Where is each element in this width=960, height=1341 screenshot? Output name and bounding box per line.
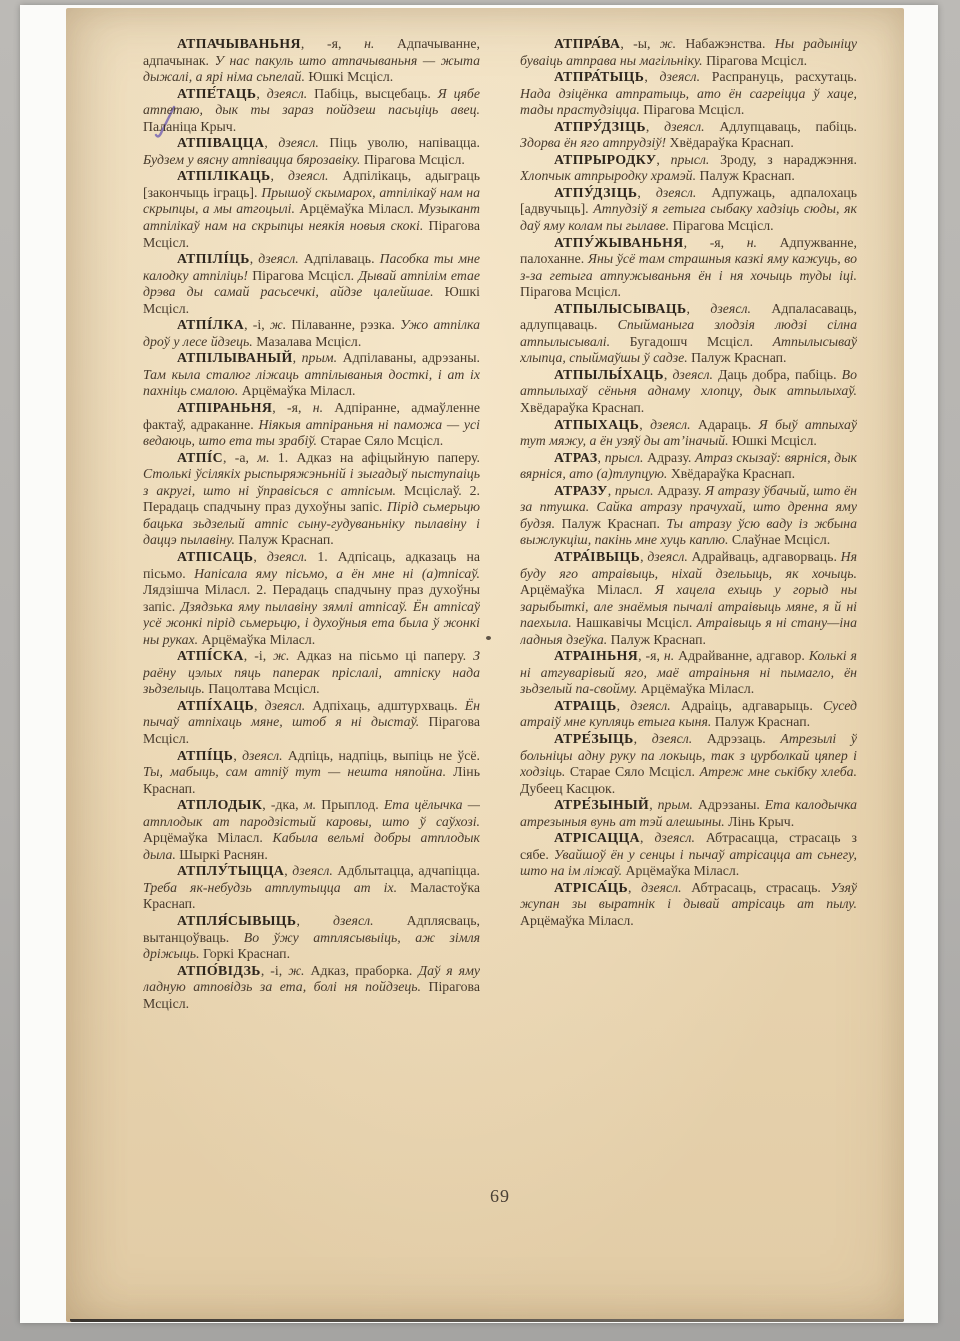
plain-text: Распрануць, расхутаць. xyxy=(700,69,857,84)
plain-text: Лінь Крыч. xyxy=(725,814,795,829)
italic-text: Хлопчык атпрыродку храмэй. xyxy=(520,168,696,183)
italic-text: дзеясл. xyxy=(664,119,705,134)
plain-text: Адрэзаць. xyxy=(692,731,780,746)
headword: АТПІ́ЦЬ xyxy=(177,748,233,763)
italic-text: ж. xyxy=(270,317,286,332)
plain-text: Арцёмаўка Міласл. xyxy=(238,383,355,398)
plain-text: Адказ, праборка. xyxy=(305,963,419,978)
plain-text: , -і, xyxy=(261,963,288,978)
dictionary-entry: АТРАЗУ, прысл. Адразу. Я атразу ўбачый, … xyxy=(520,483,857,549)
headword: АТПУ́ДЗІЦЬ xyxy=(554,185,637,200)
italic-text: дзеясл. xyxy=(647,549,688,564)
plain-text: , -а, xyxy=(223,450,257,465)
italic-text: дзеясл. xyxy=(278,135,319,150)
dictionary-entry: АТПЫЛЫ́ХАЦЬ, дзеясл. Даць добра, пабіць.… xyxy=(520,367,857,417)
headword: АТРАІЦЬ xyxy=(554,698,617,713)
headword: АТПЛЯ́СЫВЫЦЬ xyxy=(177,913,296,928)
plain-text: Хвёдараўка Краснап. xyxy=(667,466,795,481)
plain-text: Адрайванне, адгавор. xyxy=(674,648,809,663)
headword: АТПЫЛЫ́ХАЦЬ xyxy=(554,367,664,382)
dictionary-entry: АТПРА́ТЫЦЬ, дзеясл. Распрануць, расхутац… xyxy=(520,69,857,119)
plain-text: Пілаванне, рэзка. xyxy=(286,317,400,332)
dictionary-entry: АТРІСА́ЦЬ, дзеясл. Абтрасаць, страсаць. … xyxy=(520,880,857,930)
italic-text: дзеясл. xyxy=(656,185,697,200)
plain-text: Пірагова Мсцісл. xyxy=(248,268,358,283)
italic-text: Треба як-небудзь атплутыцца ат іх. xyxy=(143,880,397,895)
plain-text: Арцёмаўка Міласл. xyxy=(520,913,634,928)
dictionary-entry: АТПІ́ЦЬ, дзеясл. Адпіць, надпіць, выпіць… xyxy=(143,748,480,798)
ink-spot xyxy=(486,636,491,640)
italic-text: дзеясл. xyxy=(630,698,671,713)
plain-text: , xyxy=(640,830,654,845)
plain-text: Пірагова Мсцісл. xyxy=(669,218,773,233)
plain-text: , -ы, xyxy=(620,36,659,51)
plain-text: Палуж Краснап. xyxy=(711,714,810,729)
dictionary-entry: АТПІ́С, -а, м. 1. Адказ на афіцыйную пап… xyxy=(143,450,480,549)
italic-text: прысл. xyxy=(605,450,644,465)
plain-text: Адразу. xyxy=(654,483,705,498)
plain-text: Набажэнства. xyxy=(676,36,775,51)
plain-text: Адараць. xyxy=(691,417,759,432)
headword: АТПІРАНЬНЯ xyxy=(177,400,272,415)
plain-text: Пабіць, высцебаць. xyxy=(307,86,437,101)
plain-text: Бугадошч Мсцісл. xyxy=(610,334,773,349)
plain-text: , -дка, xyxy=(262,797,304,812)
plain-text: Адказ на пісьмо ці паперу. xyxy=(289,648,473,663)
italic-text: дзеясл. xyxy=(265,698,306,713)
plain-text: Арцёмаўка Міласл. xyxy=(295,201,418,216)
plain-text: , xyxy=(256,86,266,101)
dictionary-entry: АТПІРАНЬНЯ, -я, н. Адпіранне, адмаўленне… xyxy=(143,400,480,450)
plain-text: Дубеец Касцюк. xyxy=(520,781,615,796)
plain-text: , xyxy=(644,69,659,84)
plain-text: Палуж Краснап. xyxy=(555,516,666,531)
italic-text: ж. xyxy=(273,648,289,663)
plain-text: Піць уволю, напівацца. xyxy=(319,135,480,150)
plain-text: , xyxy=(634,731,652,746)
headword: АТПРА́ВА xyxy=(554,36,620,51)
dictionary-entry: АТПЛУ́ТЫЦЦА, дзеясл. Адблытацца, адчапіц… xyxy=(143,863,480,913)
italic-text: дзеясл. xyxy=(710,301,751,316)
book-page: АТПАЧЫВАНЬНЯ, -я, н. Адпачыванне, адпачы… xyxy=(66,8,904,1322)
plain-text: Шыркі Раснян. xyxy=(176,847,268,862)
plain-text: Адразу. xyxy=(643,450,695,465)
italic-text: дзеясл. xyxy=(333,913,374,928)
plain-text: , xyxy=(293,350,302,365)
plain-text: Слаўнае Мсцісл. xyxy=(728,532,830,547)
dictionary-entry: АТПІЛІ́ЦЬ, дзеясл. Адпілаваць. Пасобка т… xyxy=(143,251,480,317)
plain-text: , xyxy=(649,797,657,812)
headword: АТПРА́ТЫЦЬ xyxy=(554,69,644,84)
plain-text: , xyxy=(646,119,664,134)
dictionary-entry: АТПЛЯ́СЫВЫЦЬ, дзеясл. Адплясваць, вытанц… xyxy=(143,913,480,963)
headword: АТРЕ́ЗЫНЫЙ xyxy=(554,797,649,812)
italic-text: н. xyxy=(313,400,323,415)
italic-text: м. xyxy=(257,450,269,465)
plain-text: Палуж Краснап. xyxy=(688,350,787,365)
dictionary-entry: АТПІ́СКА, -і, ж. Адказ на пісьмо ці папе… xyxy=(143,648,480,698)
dictionary-entry: АТРІСАЦЦА, дзеясл. Абтрасацца, страсаць … xyxy=(520,830,857,880)
dictionary-entry: АТПРЫРОДКУ, прысл. Зроду, з нараджэння. … xyxy=(520,152,857,185)
plain-text: Адблытацца, адчапіцца. xyxy=(333,863,480,878)
dictionary-entry: АТПІСАЦЬ, дзеясл. 1. Адпісаць, адказаць … xyxy=(143,549,480,648)
plain-text: Адпілаваны, адрэзаны. xyxy=(337,350,480,365)
italic-text: Здорва ён яго атпрудзіў! xyxy=(520,135,666,150)
plain-text: Арцёмаўка Міласл. xyxy=(198,632,315,647)
dictionary-entry: АТПРУ́ДЗІЦЬ, дзеясл. Адлупцаваць, пабіць… xyxy=(520,119,857,152)
plain-text: Адлупцаваць, пабіць. xyxy=(705,119,857,134)
page-bottom-edge xyxy=(70,1319,904,1322)
plain-text: Хвёдараўка Краснап. xyxy=(520,400,644,415)
plain-text: Адраіць, адгаварыць. xyxy=(671,698,823,713)
plain-text: Арцёмаўка Міласл. xyxy=(622,863,739,878)
plain-text: Адпіць, надпіць, выпіць не ўсё. xyxy=(283,748,480,763)
plain-text: , xyxy=(628,880,641,895)
headword: АТРЕ́ЗЫЦЬ xyxy=(554,731,634,746)
italic-text: Атреж мне ськібку хлеба. xyxy=(700,764,857,779)
plain-text: , xyxy=(598,450,605,465)
plain-text: , xyxy=(608,483,615,498)
plain-text: , -і, xyxy=(244,317,270,332)
headword: АТРАЗ xyxy=(554,450,598,465)
plain-text: , -я, xyxy=(638,648,664,663)
headword: АТПУ́ЖЫВАНЬНЯ xyxy=(554,235,684,250)
italic-text: дзеясл. xyxy=(242,748,283,763)
dictionary-entry: АТПЫЛЫСЫВАЦЬ, дзеясл. Адпаласаваць, адлу… xyxy=(520,301,857,367)
dictionary-entry: АТПАЧЫВАНЬНЯ, -я, н. Адпачыванне, адпачы… xyxy=(143,36,480,86)
plain-text: Арцёмаўка Міласл. xyxy=(637,681,754,696)
plain-text: Адрайваць, адгаворваць. xyxy=(688,549,841,564)
plain-text: 1. Адказ на афіцыйную паперу. xyxy=(270,450,480,465)
headword: АТПІЛІ́ЦЬ xyxy=(177,251,250,266)
plain-text: Пірагова Мсцісл. xyxy=(703,53,807,68)
plain-text: Пірагова Мсцісл. xyxy=(640,102,744,117)
dictionary-entry: АТПУ́ДЗІЦЬ, дзеясл. Адпужаць, адпалохаць… xyxy=(520,185,857,235)
italic-text: дзеясл. xyxy=(650,417,691,432)
dictionary-entry: АТПІ́ЛКА, -і, ж. Пілаванне, рэзка. Ужо а… xyxy=(143,317,480,350)
plain-text: Пацолтава Мсцісл. xyxy=(205,681,320,696)
plain-text: Палуж Краснап. xyxy=(696,168,795,183)
dictionary-entry: АТПЫХАЦЬ, дзеясл. Адараць. Я быў атпыхаў… xyxy=(520,417,857,450)
headword: АТПІ́ХАЦЬ xyxy=(177,698,254,713)
headword: АТПРУ́ДЗІЦЬ xyxy=(554,119,646,134)
plain-text: , -я, xyxy=(301,36,364,51)
italic-text: ж. xyxy=(288,963,304,978)
plain-text: Прыплод. xyxy=(316,797,384,812)
italic-text: дзеясл. xyxy=(654,830,695,845)
dictionary-entry: АТПРА́ВА, -ы, ж. Набажэнства. Ны радыніц… xyxy=(520,36,857,69)
italic-text: дзеясл. xyxy=(652,731,693,746)
headword: АТПІ́С xyxy=(177,450,223,465)
dictionary-entry: АТРА́ІВЫЦЬ, дзеясл. Адрайваць, адгаворва… xyxy=(520,549,857,648)
column-left: АТПАЧЫВАНЬНЯ, -я, н. Адпачыванне, адпачы… xyxy=(143,36,480,1296)
plain-text: Адпілаваць. xyxy=(299,251,380,266)
headword: АТПЕ́ТАЦЬ xyxy=(177,86,256,101)
italic-text: н. xyxy=(664,648,674,663)
plain-text: Арцёмаўка Міласл. xyxy=(143,830,273,845)
plain-text: , xyxy=(617,698,631,713)
plain-text: , xyxy=(254,698,265,713)
dictionary-entry: АТПО́ВІДЗЬ, -і, ж. Адказ, праборка. Даў … xyxy=(143,963,480,1013)
headword: АТПАЧЫВАНЬНЯ xyxy=(177,36,301,51)
dictionary-entry: АТПІЛІКАЦЬ, дзеясл. Адпілікаць, адыграць… xyxy=(143,168,480,251)
headword: АТРІСАЦЦА xyxy=(554,830,640,845)
dictionary-entry: АТРЕ́ЗЫНЫЙ, прым. Адрэзаны. Ета калодычк… xyxy=(520,797,857,830)
headword: АТПРЫРОДКУ xyxy=(554,152,656,167)
headword: АТПІ́ЛКА xyxy=(177,317,244,332)
italic-text: прым. xyxy=(302,350,337,365)
plain-text: , -і, xyxy=(244,648,273,663)
plain-text: Мазалава Мсцісл. xyxy=(253,334,362,349)
italic-text: прысл. xyxy=(671,152,710,167)
headword: АТПІЛЫВАНЫЙ xyxy=(177,350,293,365)
italic-text: дзеясл. xyxy=(292,863,333,878)
dictionary-entry: АТПУ́ЖЫВАНЬНЯ, -я, н. Адпужванне, палоха… xyxy=(520,235,857,301)
plain-text: Адрэзаны. xyxy=(693,797,765,812)
italic-text: м. xyxy=(304,797,316,812)
plain-text: Хвёдараўка Краснап. xyxy=(666,135,794,150)
plain-text: Палуж Краснап. xyxy=(235,532,334,547)
plain-text: , -я, xyxy=(272,400,313,415)
scanned-dictionary-page: { "page_number": "69", "colors": { "pape… xyxy=(0,0,960,1341)
dictionary-entry: АТРЕ́ЗЫЦЬ, дзеясл. Адрэзаць. Атрезылі ў … xyxy=(520,731,857,797)
italic-text: дзеясл. xyxy=(258,251,299,266)
plain-text: , xyxy=(637,185,655,200)
headword: АТПЛУ́ТЫЦЦА xyxy=(177,863,284,878)
headword: АТРАЗУ xyxy=(554,483,608,498)
headword: АТПЫЛЫСЫВАЦЬ xyxy=(554,301,687,316)
italic-text: дзеясл. xyxy=(672,367,713,382)
plain-text: , xyxy=(687,301,711,316)
plain-text: Абтрасаць, страсаць. xyxy=(682,880,831,895)
plain-text: Арцёмаўка Міласл. xyxy=(520,582,655,597)
plain-text: Нашкавічы Мсцісл. xyxy=(572,615,697,630)
page-number: 69 xyxy=(490,1186,530,1207)
italic-text: Будзем у вясну атпівацца бярозавіку. xyxy=(143,152,360,167)
plain-text: Даць добра, пабіць. xyxy=(713,367,842,382)
plain-text: , xyxy=(271,168,288,183)
headword: АТПІЛІКАЦЬ xyxy=(177,168,271,183)
dictionary-entry: АТРАЗ, прысл. Адразу. Атраз скызаў: вярн… xyxy=(520,450,857,483)
dictionary-entry: АТПІЛЫВАНЫЙ, прым. Адпілаваны, адрэзаны.… xyxy=(143,350,480,400)
plain-text: Старае Сяло Мсцісл. xyxy=(565,764,699,779)
plain-text: Зроду, з нараджэння. xyxy=(709,152,857,167)
headword: АТПЫХАЦЬ xyxy=(554,417,639,432)
italic-text: прысл. xyxy=(615,483,654,498)
italic-text: н. xyxy=(747,235,757,250)
italic-text: дзеясл. xyxy=(267,86,308,101)
plain-text: , xyxy=(264,135,278,150)
italic-text: дзеясл. xyxy=(660,69,701,84)
plain-text: Адпіхаць, адштурхваць. xyxy=(305,698,465,713)
italic-text: н. xyxy=(364,36,374,51)
italic-text: дзеясл. xyxy=(288,168,329,183)
column-right: АТПРА́ВА, -ы, ж. Набажэнства. Ны радыніц… xyxy=(520,36,857,1296)
dictionary-entry: АТПІВАЦЦА, дзеясл. Піць уволю, напівацца… xyxy=(143,135,480,168)
headword: АТРАІНЬНЯ xyxy=(554,648,638,663)
headword: АТПІ́СКА xyxy=(177,648,244,663)
headword: АТПІВАЦЦА xyxy=(177,135,264,150)
italic-text: прым. xyxy=(658,797,693,812)
plain-text: , xyxy=(639,417,650,432)
plain-text: Старае Сяло Мсцісл. xyxy=(317,433,443,448)
plain-text: , xyxy=(253,549,266,564)
dictionary-entry: АТПЕ́ТАЦЬ, дзеясл. Пабіць, высцебаць. Я … xyxy=(143,86,480,136)
plain-text: Юшкі Мсцісл. xyxy=(729,433,817,448)
plain-text: , xyxy=(250,251,258,266)
italic-text: дзеясл. xyxy=(267,549,308,564)
plain-text: Палуж Краснап. xyxy=(607,632,706,647)
plain-text: Пірагова Мсцісл. xyxy=(360,152,464,167)
dictionary-entry: АТРАІНЬНЯ, -я, н. Адрайванне, адгавор. К… xyxy=(520,648,857,698)
dictionary-entry: АТПЛОДЫК, -дка, м. Прыплод. Ета цёлычка … xyxy=(143,797,480,863)
italic-text: Напісала яму пісьмо, а ён мне ні (а)тпіс… xyxy=(194,566,480,581)
italic-text: ж. xyxy=(660,36,676,51)
plain-text: Юшкі Мсцісл. xyxy=(305,69,393,84)
plain-text: Паланіца Крыч. xyxy=(143,119,236,134)
headword: АТПЛОДЫК xyxy=(177,797,262,812)
plain-text: , xyxy=(233,748,242,763)
headword: АТРА́ІВЫЦЬ xyxy=(554,549,640,564)
headword: АТПО́ВІДЗЬ xyxy=(177,963,261,978)
dictionary-entry: АТПІ́ХАЦЬ, дзеясл. Адпіхаць, адштурхваць… xyxy=(143,698,480,748)
plain-text: Пірагова Мсцісл. xyxy=(520,284,621,299)
headword: АТПІСАЦЬ xyxy=(177,549,253,564)
plain-text: , xyxy=(656,152,670,167)
plain-text: , -я, xyxy=(684,235,747,250)
dictionary-entry: АТРАІЦЬ, дзеясл. Адраіць, адгаварыць. Су… xyxy=(520,698,857,731)
plain-text: Горкі Краснап. xyxy=(200,946,291,961)
plain-text: , xyxy=(296,913,333,928)
italic-text: Ты, мабыць, сам атпіў тут — нешта няпойн… xyxy=(143,764,446,779)
italic-text: дзеясл. xyxy=(641,880,682,895)
headword: АТРІСА́ЦЬ xyxy=(554,880,628,895)
